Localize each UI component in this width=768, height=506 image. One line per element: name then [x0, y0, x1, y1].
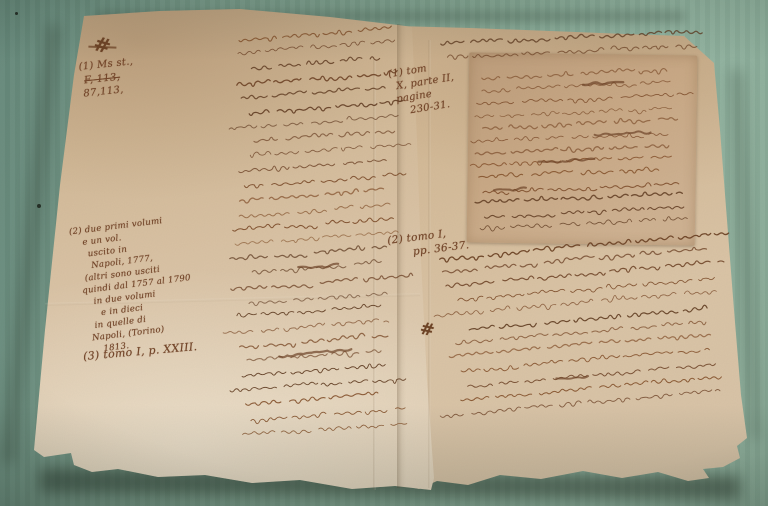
dust-speck [15, 12, 18, 15]
left-margin-note-1: (1) Ms st., F, 113, 87,113, [78, 55, 137, 101]
left-margin-note-2: (2) due primi volumi e un vol. uscito in… [68, 212, 198, 357]
pasted-paper-slip [467, 52, 698, 245]
right-margin-note-1: (1) tom X, parte II, pagine 230-31. [387, 58, 459, 119]
manuscript-photo: # (1) Ms st., F, 113, 87,113, (2) due pr… [0, 0, 768, 506]
